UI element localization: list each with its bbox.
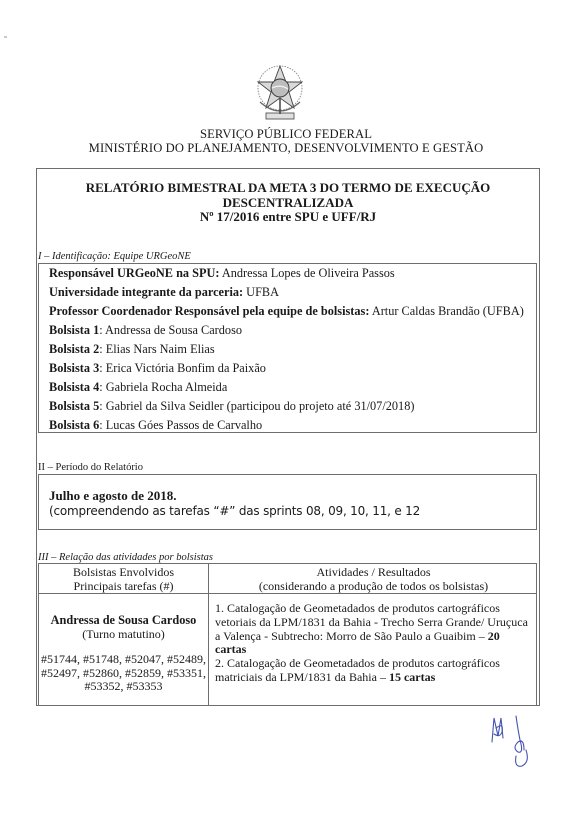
column-header-line: Atividades / Resultados — [209, 566, 538, 580]
brazil-coat-of-arms-icon — [246, 58, 314, 126]
row-value: : Lucas Góes Passos de Carvalho — [99, 418, 262, 432]
row-key: Bolsista 1 — [49, 323, 99, 337]
identification-box: Responsável URGeoNE na SPU: Andressa Lop… — [38, 263, 537, 433]
identification-row: Bolsista 1: Andressa de Sousa Cardoso — [49, 323, 242, 338]
row-key: Bolsista 3 — [49, 361, 99, 375]
title-line-2: DESCENTRALIZADA — [36, 196, 540, 211]
section-1-label: I – Identificação: Equipe URGeoNE — [38, 251, 191, 262]
task-line: #51744, #51748, #52047, #52489, — [39, 653, 208, 667]
row-value: : Andressa de Sousa Cardoso — [99, 323, 242, 337]
row-key: Bolsista 6 — [49, 418, 99, 432]
column-header-line: Bolsistas Envolvidos — [39, 566, 208, 580]
bolsista-shift: (Turno matutino) — [39, 628, 208, 642]
bolsista-name: Andressa de Sousa Cardoso — [39, 614, 208, 628]
activity-text: 1. Catalogação de Geometadados de produt… — [215, 601, 528, 643]
identification-row: Professor Coordenador Responsável pela e… — [49, 304, 524, 319]
row-value: : Gabriela Rocha Almeida — [99, 380, 227, 394]
identification-row: Bolsista 6: Lucas Góes Passos de Carvalh… — [49, 418, 262, 433]
row-value: Artur Caldas Brandão (UFBA) — [369, 304, 523, 318]
identification-row: Bolsista 5: Gabriel da Silva Seidler (pa… — [49, 399, 414, 414]
activity-item: 2. Catalogação de Geometadados de produt… — [215, 657, 533, 685]
activity-item: 1. Catalogação de Geometadados de produt… — [215, 602, 533, 657]
identification-row: Bolsista 2: Elias Nars Naim Elias — [49, 342, 215, 357]
period-months: Julho e agosto de 2018. — [49, 488, 176, 504]
header-ministry-name: MINISTÉRIO DO PLANEJAMENTO, DESENVOLVIME… — [0, 141, 572, 156]
scan-speck — [4, 36, 7, 38]
row-key: Bolsista 2 — [49, 342, 99, 356]
row-key: Bolsista 4 — [49, 380, 99, 394]
section-3-label: III – Relação das atividades por bolsist… — [38, 552, 213, 563]
period-box: Julho e agosto de 2018. (compreendendo a… — [38, 474, 537, 530]
row-key: Bolsista 5 — [49, 399, 99, 413]
task-line: #53352, #53353 — [39, 680, 208, 694]
column-header-line: (considerando a produção de todos os bol… — [209, 580, 538, 594]
title-line-1: RELATÓRIO BIMESTRAL DA META 3 DO TERMO D… — [36, 181, 540, 196]
header-divider — [39, 593, 536, 594]
identification-row: Bolsista 3: Erica Victória Bonfim da Pai… — [49, 361, 266, 376]
identification-row: Responsável URGeoNE na SPU: Andressa Lop… — [49, 266, 395, 281]
row-value: : Erica Victória Bonfim da Paixão — [99, 361, 266, 375]
column-header-atividades: Atividades / Resultados (considerando a … — [209, 566, 538, 593]
row-value: : Gabriel da Silva Seidler (participou d… — [99, 399, 414, 413]
column-header-bolsistas: Bolsistas Envolvidos Principais tarefas … — [39, 566, 208, 593]
column-header-line: Principais tarefas (#) — [39, 580, 208, 594]
identification-row: Bolsista 4: Gabriela Rocha Almeida — [49, 380, 227, 395]
row-key: Professor Coordenador Responsável pela e… — [49, 304, 369, 318]
row-value: : Elias Nars Naim Elias — [99, 342, 214, 356]
activities-table: Bolsistas Envolvidos Principais tarefas … — [38, 563, 537, 706]
task-line: #52497, #52860, #52859, #53351, — [39, 667, 208, 681]
row-value: Andressa Lopes de Oliveira Passos — [219, 266, 394, 280]
row-key: Universidade integrante da parceria: — [49, 285, 243, 299]
header-service-name: SERVIÇO PÚBLICO FEDERAL — [0, 127, 572, 142]
title-line-3: Nº 17/2016 entre SPU e UFF/RJ — [36, 210, 540, 225]
row-value: UFBA — [243, 285, 279, 299]
handwritten-initials-icon — [490, 710, 540, 770]
identification-row: Universidade integrante da parceria: UFB… — [49, 285, 279, 300]
report-title: RELATÓRIO BIMESTRAL DA META 3 DO TERMO D… — [36, 181, 540, 225]
section-2-label: II – Período do Relatório — [38, 462, 143, 473]
bolsista-tasks: #51744, #51748, #52047, #52489, #52497, … — [39, 653, 208, 694]
activity-text: 2. Catalogação de Geometadados de produt… — [215, 656, 500, 684]
activity-count: 15 cartas — [389, 670, 435, 684]
row-key: Responsável URGeoNE na SPU: — [49, 266, 219, 280]
period-detail: (compreendendo as tarefas “#” das sprint… — [49, 504, 420, 518]
